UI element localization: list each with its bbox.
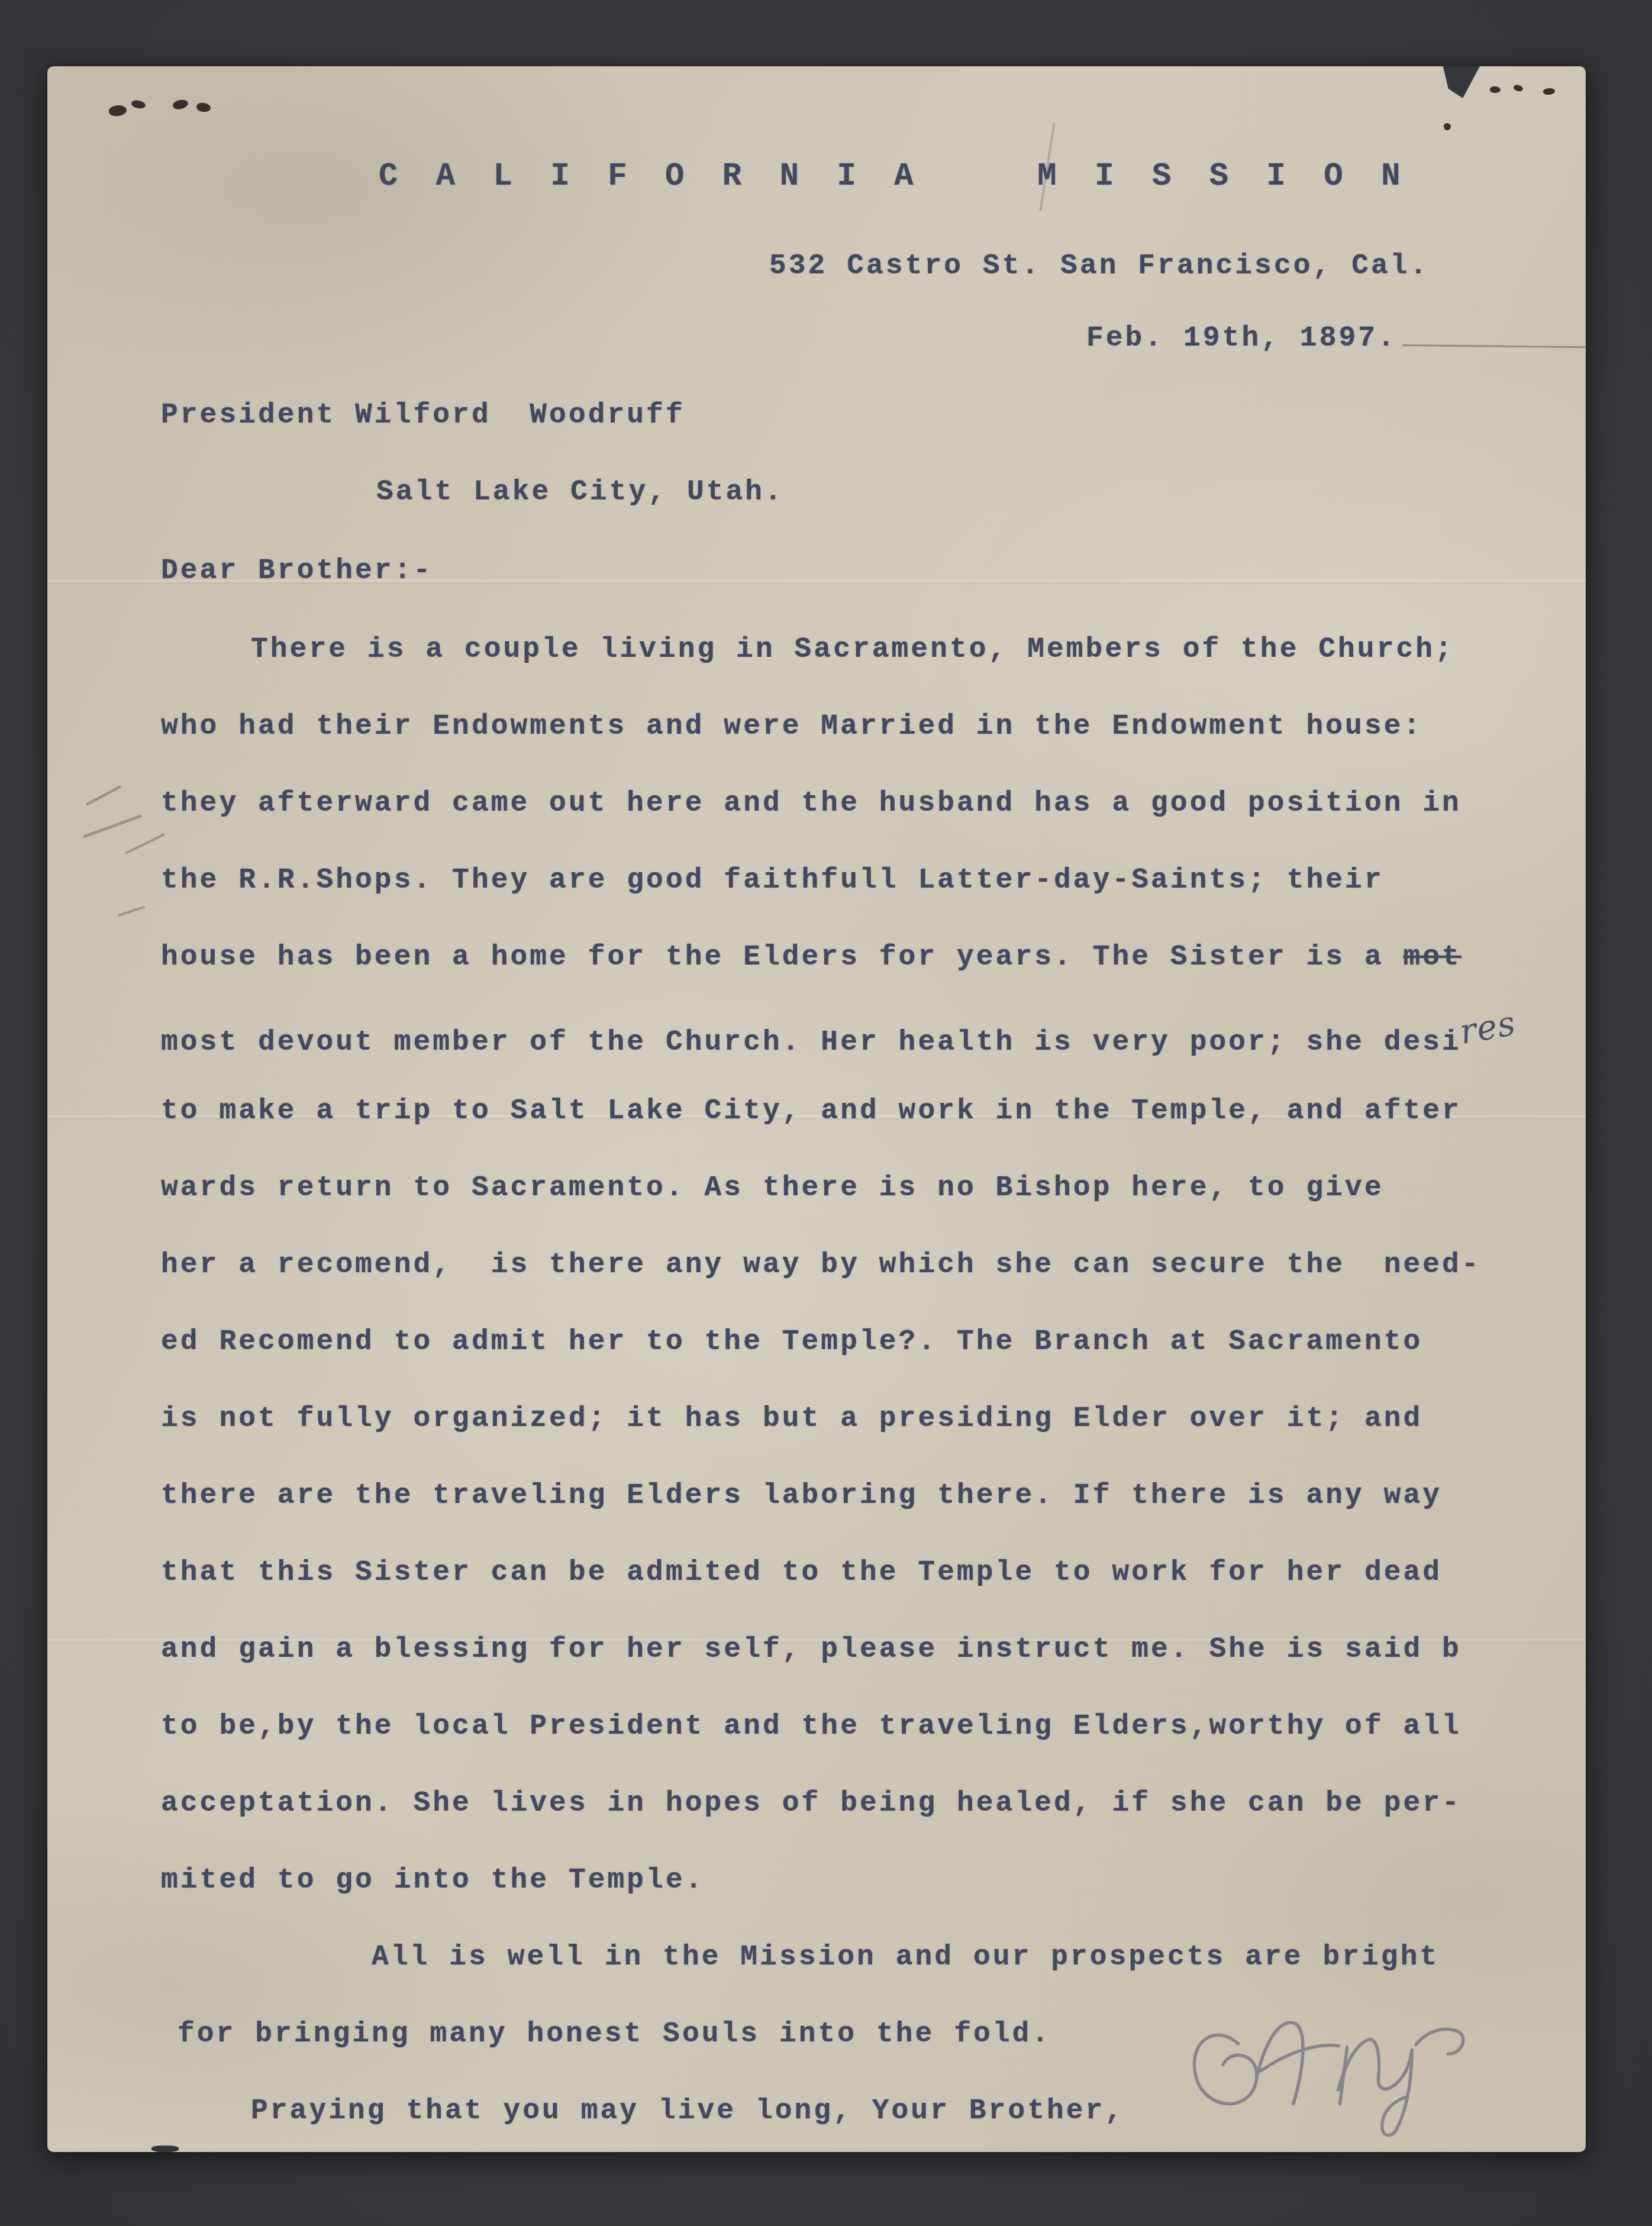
ink-speck xyxy=(1513,84,1524,92)
letterhead-address: 532 Castro St. San Francisco, Cal. xyxy=(769,249,1429,284)
closing-line-1-text: All is well in the Mission and our prosp… xyxy=(372,1941,1439,1973)
body-line-1-text: There is a couple living in Sacramento, … xyxy=(251,634,1454,666)
closing-line-2-text: for bringing many honest Souls into the … xyxy=(178,2018,1051,2050)
letter-paper: C A L I F O R N I A M I S S I O N 532 Ca… xyxy=(47,66,1586,2152)
scanned-letter-page: { "letterhead": { "title": "C A L I F O … xyxy=(0,0,1652,2226)
body-line-9-text: her a recomend, is there any way by whic… xyxy=(161,1249,1481,1281)
struck-word: mot xyxy=(1403,941,1461,973)
letter-date: Feb. 19th, 1897. xyxy=(1086,321,1397,356)
body-line-6-text: most devout member of the Church. Her he… xyxy=(161,1027,1461,1059)
body-line-5-text: house has been a home for the Elders for… xyxy=(161,941,1403,973)
body-line-12-text: there are the traveling Elders laboring … xyxy=(161,1480,1442,1512)
body-line-2: who had their Endowments and were Marrie… xyxy=(161,709,1422,744)
ink-speck xyxy=(172,98,189,111)
body-line-3: they afterward came out here and the hus… xyxy=(161,786,1461,821)
body-line-13: that this Sister can be admited to the T… xyxy=(161,1555,1442,1591)
body-line-8: wards return to Sacramento. As there is … xyxy=(161,1170,1384,1206)
ink-speck xyxy=(1543,88,1555,95)
pencil-scribble xyxy=(118,906,146,917)
body-line-4: the R.R.Shops. They are good faithfull L… xyxy=(161,863,1384,898)
handwritten-correction: res xyxy=(1456,1002,1519,1054)
body-line-17-text: mited to go into the Temple. xyxy=(161,1864,705,1896)
salutation: Dear Brother:- xyxy=(161,553,433,589)
ink-speck xyxy=(196,102,211,112)
body-line-13-text: that this Sister can be admited to the T… xyxy=(161,1557,1442,1589)
pencil-scribble xyxy=(125,833,165,854)
body-line-6: most devout member of the Church. Her he… xyxy=(161,1017,1518,1060)
body-line-4-text: the R.R.Shops. They are good faithfull L… xyxy=(161,864,1384,896)
body-line-7: to make a trip to Salt Lake City, and wo… xyxy=(161,1093,1461,1129)
body-line-10: ed Recomend to admit her to the Temple?.… xyxy=(161,1324,1422,1360)
body-line-5: house has been a home for the Elders for… xyxy=(161,940,1461,975)
ink-speck xyxy=(131,99,146,109)
stray-typed-character: b xyxy=(1442,1634,1461,1666)
body-line-11-text: is not fully organized; it has but a pre… xyxy=(161,1403,1422,1435)
pencil-scribble xyxy=(86,785,122,806)
body-line-2-text: who had their Endowments and were Marrie… xyxy=(161,711,1422,743)
body-line-15-text: to be,by the local President and the tra… xyxy=(161,1711,1461,1743)
body-line-16: acceptation. She lives in hopes of being… xyxy=(161,1786,1461,1821)
ink-speck xyxy=(1490,86,1501,93)
crease-line-by-date xyxy=(1402,344,1586,349)
recipient-name: President Wilford Woodruff xyxy=(161,398,685,433)
ink-speck xyxy=(1444,123,1451,130)
body-line-10-text: ed Recomend to admit her to the Temple?.… xyxy=(161,1326,1422,1358)
body-line-17: mited to go into the Temple. xyxy=(161,1863,705,1898)
valediction: Praying that you may live long, Your Bro… xyxy=(161,2093,1124,2129)
body-line-3-text: they afterward came out here and the hus… xyxy=(161,788,1461,820)
ink-speck xyxy=(108,104,127,117)
body-line-7-text: to make a trip to Salt Lake City, and wo… xyxy=(161,1095,1461,1127)
body-line-14-text: and gain a blessing for her self, please… xyxy=(161,1634,1442,1666)
recipient-city: Salt Lake City, Utah. xyxy=(376,475,784,510)
closing-line-1: All is well in the Mission and our prosp… xyxy=(161,1940,1439,1975)
body-line-11: is not fully organized; it has but a pre… xyxy=(161,1401,1422,1437)
paper-tear-bottom xyxy=(151,2146,179,2152)
body-line-16-text: acceptation. She lives in hopes of being… xyxy=(161,1788,1461,1819)
signature-e-h-nye xyxy=(1172,1977,1503,2149)
body-line-15: to be,by the local President and the tra… xyxy=(161,1709,1461,1744)
letterhead-title: C A L I F O R N I A M I S S I O N xyxy=(379,157,1410,197)
body-line-9: her a recomend, is there any way by whic… xyxy=(161,1247,1481,1283)
closing-line-2: for bringing many honest Souls into the … xyxy=(178,2017,1051,2052)
body-line-12: there are the traveling Elders laboring … xyxy=(161,1478,1442,1514)
paper-tear xyxy=(1435,66,1480,98)
body-line-8-text: wards return to Sacramento. As there is … xyxy=(161,1172,1384,1204)
body-line-1: There is a couple living in Sacramento, … xyxy=(161,632,1454,667)
body-line-14: and gain a blessing for her self, please… xyxy=(161,1632,1461,1667)
pencil-scribble xyxy=(83,814,141,838)
